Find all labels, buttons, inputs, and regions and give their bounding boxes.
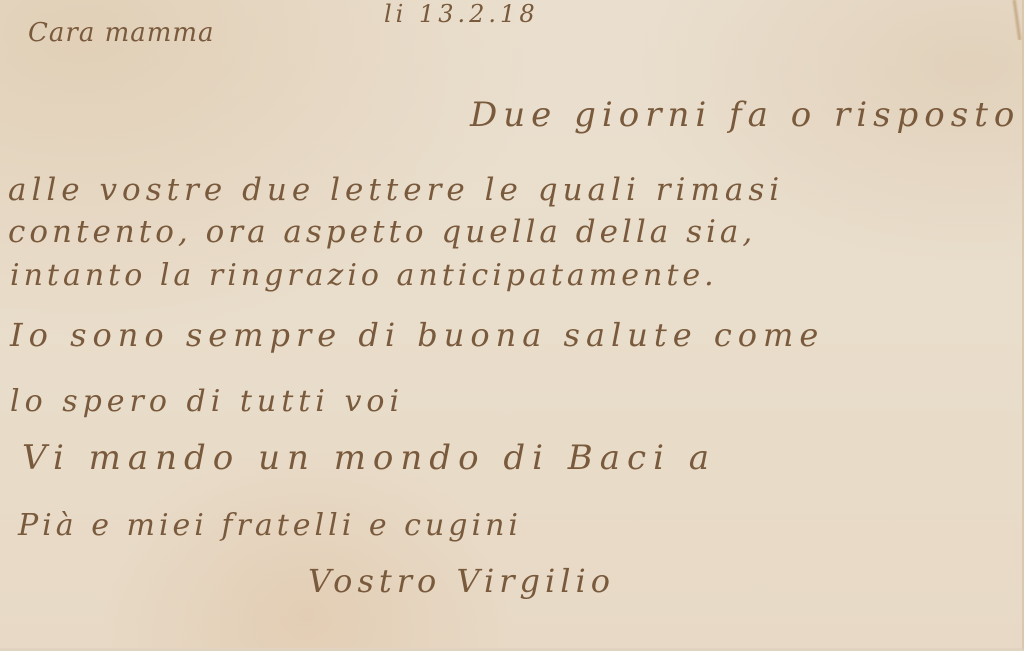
paper-crease — [1011, 0, 1023, 40]
postcard: Cara mamma li 13.2.18 Due giorni fa o ri… — [0, 0, 1024, 651]
body-line-2: alle vostre due lettere le quali rimasi — [8, 172, 784, 208]
body-line-7: Vi mando un mondo di Baci a — [22, 438, 716, 478]
body-line-6: lo spero di tutti voi — [10, 384, 404, 419]
signature: Vostro Virgilio — [308, 562, 615, 600]
body-line-3: contento, ora aspetto quella della sia, — [8, 214, 756, 250]
body-line-8: Pià e miei fratelli e cugini — [18, 508, 522, 543]
body-line-1: Due giorni fa o risposto — [470, 95, 1020, 135]
body-line-5: Io sono sempre di buona salute come — [10, 316, 824, 354]
date: li 13.2.18 — [384, 0, 539, 28]
body-line-4: intanto la ringrazio anticipatamente. — [10, 258, 718, 293]
salutation: Cara mamma — [28, 18, 215, 48]
